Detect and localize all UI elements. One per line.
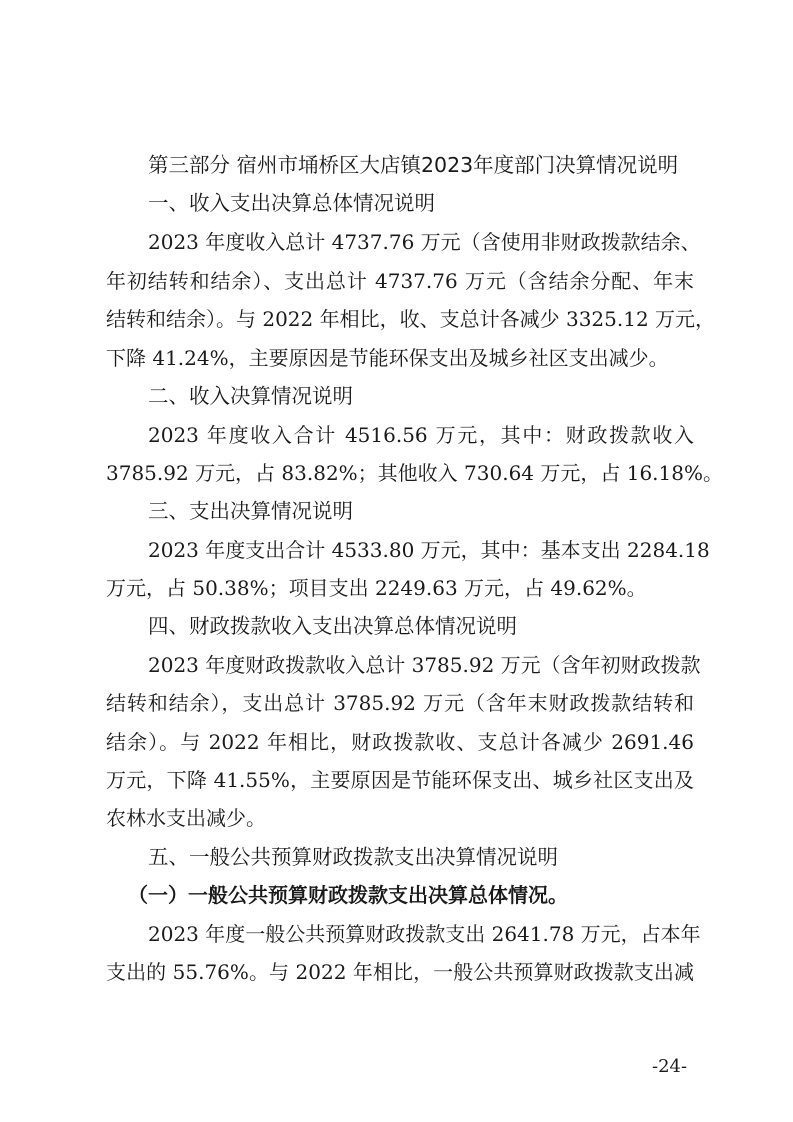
section-5-line-2: 支出的 55.76%。与 2022 年相比，一般公共预算财政拨款支出减 [106,957,694,987]
section-5-heading: 五、一般公共预算财政拨款支出决算情况说明 [148,842,694,872]
section-2-line-1: 2023 年度收入合计 4516.56 万元，其中：财政拨款收入 [148,420,694,450]
section-5-line-1: 2023 年度一般公共预算财政拨款支出 2641.78 万元，占本年 [148,919,694,949]
section-4-line-4: 万元，下降 41.55%，主要原因是节能环保支出、城乡社区支出及 [106,765,694,795]
section-4-line-2: 结转和结余），支出总计 3785.92 万元（含年末财政拨款结转和 [106,688,694,718]
section-4-line-1: 2023 年度财政拨款收入总计 3785.92 万元（含年初财政拨款 [148,650,694,680]
section-1-line-3: 结转和结余）。与 2022 年相比，收、支总计各减少 3325.12 万元， [106,304,694,334]
section-4-heading: 四、财政拨款收入支出决算总体情况说明 [148,611,694,641]
section-3-heading: 三、支出决算情况说明 [148,496,694,526]
section-2-line-2: 3785.92 万元，占 83.82%；其他收入 730.64 万元，占 16.… [106,458,694,488]
section-4-line-5: 农林水支出减少。 [106,803,694,833]
section-4-line-3: 结余）。与 2022 年相比，财政拨款收、支总计各减少 2691.46 [106,727,694,757]
section-5-subheading: （一）一般公共预算财政拨款支出决算总体情况。 [128,880,716,910]
section-1-heading: 一、收入支出决算总体情况说明 [148,188,694,218]
page-number: -24- [652,1055,687,1079]
section-1-line-4: 下降 41.24%，主要原因是节能环保支出及城乡社区支出减少。 [106,343,694,373]
section-1-line-2: 年初结转和结余）、支出总计 4737.76 万元（含结余分配、年末 [106,266,694,296]
section-2-heading: 二、收入决算情况说明 [148,381,694,411]
section-1-line-1: 2023 年度收入总计 4737.76 万元（含使用非财政拨款结余、 [148,227,694,257]
section-3-line-1: 2023 年度支出合计 4533.80 万元，其中：基本支出 2284.18 [148,535,694,565]
document-title: 第三部分 宿州市埇桥区大店镇2023年度部门决算情况说明 [148,150,694,180]
section-3-line-2: 万元，占 50.38%；项目支出 2249.63 万元，占 49.62%。 [106,573,694,603]
document-page: 第三部分 宿州市埇桥区大店镇2023年度部门决算情况说明 一、收入支出决算总体情… [0,0,793,1122]
